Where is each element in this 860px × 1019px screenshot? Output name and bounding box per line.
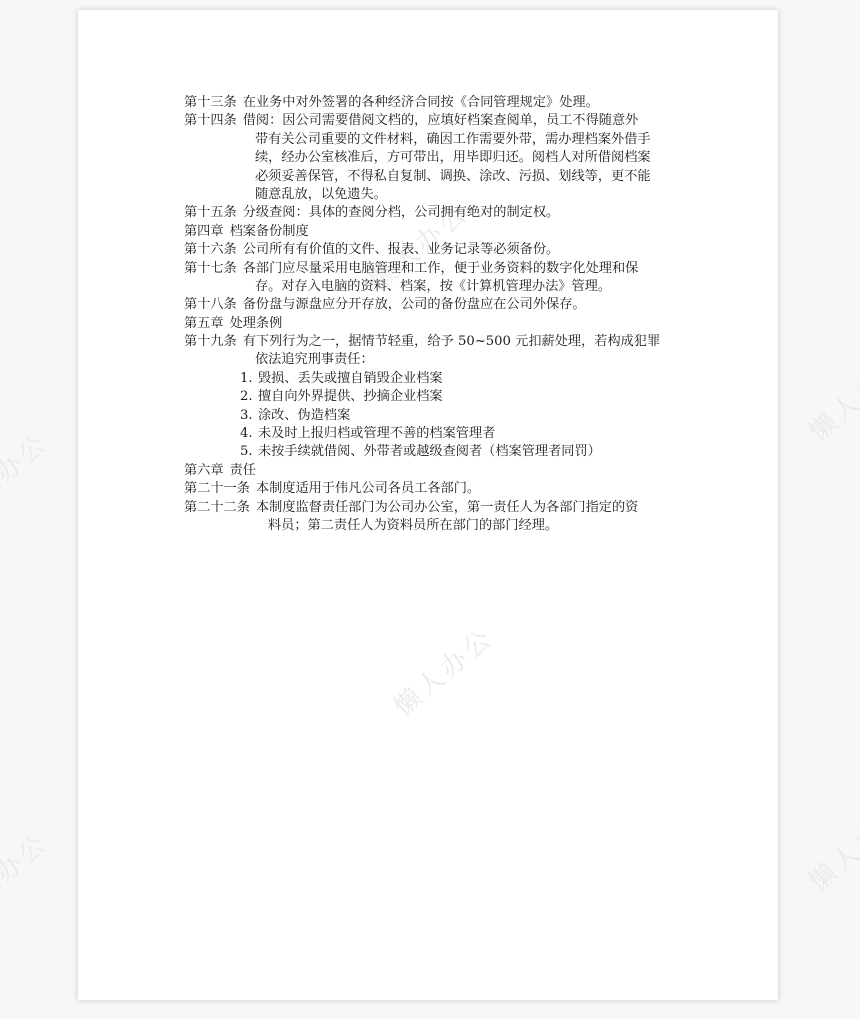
document-body: 第十三条在业务中对外签署的各种经济合同按《合同管理规定》处理。 第十四条借阅：因…	[184, 94, 679, 535]
article-19: 第十九条有下列行为之一，据情节轻重，给予 50~500 元扣薪处理，若构成犯罪	[184, 333, 679, 351]
article-text: 本制度适用于伟凡公司各员工各部门。	[256, 481, 480, 496]
watermark: 懒人办公	[0, 423, 56, 528]
chapter-title: 档案备份制度	[230, 224, 309, 239]
list-number: 2.	[240, 388, 258, 406]
article-label: 第十六条	[184, 241, 237, 259]
article-17: 第十七条各部门应尽量采用电脑管理和工作，便于业务资料的数字化处理和保	[184, 260, 679, 278]
watermark: 懒人办公	[800, 343, 860, 448]
article-13: 第十三条在业务中对外签署的各种经济合同按《合同管理规定》处理。	[184, 94, 679, 112]
article-text-cont: 料员；第二责任人为资料员所在部门的部门经理。	[184, 517, 679, 535]
list-text: 擅自向外界提供、抄摘企业档案	[258, 389, 443, 404]
article-18: 第十八条备份盘与源盘应分开存放，公司的备份盘应在公司外保存。	[184, 296, 679, 314]
chapter-title: 责任	[230, 463, 256, 478]
list-item: 2.擅自向外界提供、抄摘企业档案	[184, 388, 679, 406]
list-item: 1.毁损、丢失或擅自销毁企业档案	[184, 370, 679, 388]
chapter-title: 处理条例	[230, 316, 283, 331]
chapter-4-heading: 第四章档案备份制度	[184, 223, 679, 241]
article-label: 第十八条	[184, 296, 237, 314]
article-text-cont: 续，经办公室核准后，方可带出，用毕即归还。阅档人对所借阅档案	[184, 149, 679, 167]
chapter-5-heading: 第五章处理条例	[184, 315, 679, 333]
article-label: 第十七条	[184, 260, 237, 278]
list-text: 毁损、丢失或擅自销毁企业档案	[258, 371, 443, 386]
article-text: 在业务中对外签署的各种经济合同按《合同管理规定》处理。	[243, 95, 599, 110]
article-text: 有下列行为之一，据情节轻重，给予 50~500 元扣薪处理，若构成犯罪	[243, 334, 660, 349]
list-item: 3.涂改、伪造档案	[184, 407, 679, 425]
article-label: 第十九条	[184, 333, 237, 351]
chapter-label: 第六章	[184, 462, 224, 480]
article-text-cont: 带有关公司重要的文件材料，确因工作需要外带，需办理档案外借手	[184, 131, 679, 149]
list-number: 3.	[240, 407, 258, 425]
article-label: 第十三条	[184, 94, 237, 112]
article-label: 第二十一条	[184, 480, 250, 498]
article-22: 第二十二条本制度监督责任部门为公司办公室，第一责任人为各部门指定的资	[184, 499, 679, 517]
watermark: 懒人办公	[800, 793, 860, 898]
article-label: 第十四条	[184, 112, 237, 130]
article-text-cont: 依法追究刑事责任：	[184, 351, 679, 369]
list-number: 5.	[240, 443, 258, 461]
article-text: 各部门应尽量采用电脑管理和工作，便于业务资料的数字化处理和保	[243, 261, 639, 276]
article-14: 第十四条借阅：因公司需要借阅文档的，应填好档案查阅单，员工不得随意外	[184, 112, 679, 130]
article-text-cont: 必须妥善保管，不得私自复制、调换、涂改、污损、划线等，更不能	[184, 168, 679, 186]
list-item: 5.未按手续就借阅、外带者或越级查阅者（档案管理者同罚）	[184, 443, 679, 461]
chapter-label: 第四章	[184, 223, 224, 241]
article-label: 第二十二条	[184, 499, 250, 517]
article-15: 第十五条分级查阅：具体的查阅分档，公司拥有绝对的制定权。	[184, 204, 679, 222]
article-text: 借阅：因公司需要借阅文档的，应填好档案查阅单，员工不得随意外	[243, 113, 639, 128]
list-text: 未及时上报归档或管理不善的档案管理者	[258, 426, 495, 441]
article-text-cont: 存。对存入电脑的资料、档案，按《计算机管理办法》管理。	[184, 278, 679, 296]
chapter-6-heading: 第六章责任	[184, 462, 679, 480]
watermark: 懒人办公	[0, 823, 56, 928]
article-text: 分级查阅：具体的查阅分档，公司拥有绝对的制定权。	[243, 205, 560, 220]
list-text: 未按手续就借阅、外带者或越级查阅者（档案管理者同罚）	[258, 444, 601, 459]
list-number: 4.	[240, 425, 258, 443]
article-text-cont: 随意乱放，以免遗失。	[184, 186, 679, 204]
article-16: 第十六条公司所有有价值的文件、报表、业务记录等必须备份。	[184, 241, 679, 259]
article-text: 本制度监督责任部门为公司办公室，第一责任人为各部门指定的资	[256, 500, 638, 515]
article-text: 备份盘与源盘应分开存放，公司的备份盘应在公司外保存。	[243, 297, 586, 312]
article-text: 公司所有有价值的文件、报表、业务记录等必须备份。	[243, 242, 560, 257]
article-21: 第二十一条本制度适用于伟凡公司各员工各部门。	[184, 480, 679, 498]
list-item: 4.未及时上报归档或管理不善的档案管理者	[184, 425, 679, 443]
list-text: 涂改、伪造档案	[258, 408, 350, 423]
article-label: 第十五条	[184, 204, 237, 222]
list-number: 1.	[240, 370, 258, 388]
chapter-label: 第五章	[184, 315, 224, 333]
